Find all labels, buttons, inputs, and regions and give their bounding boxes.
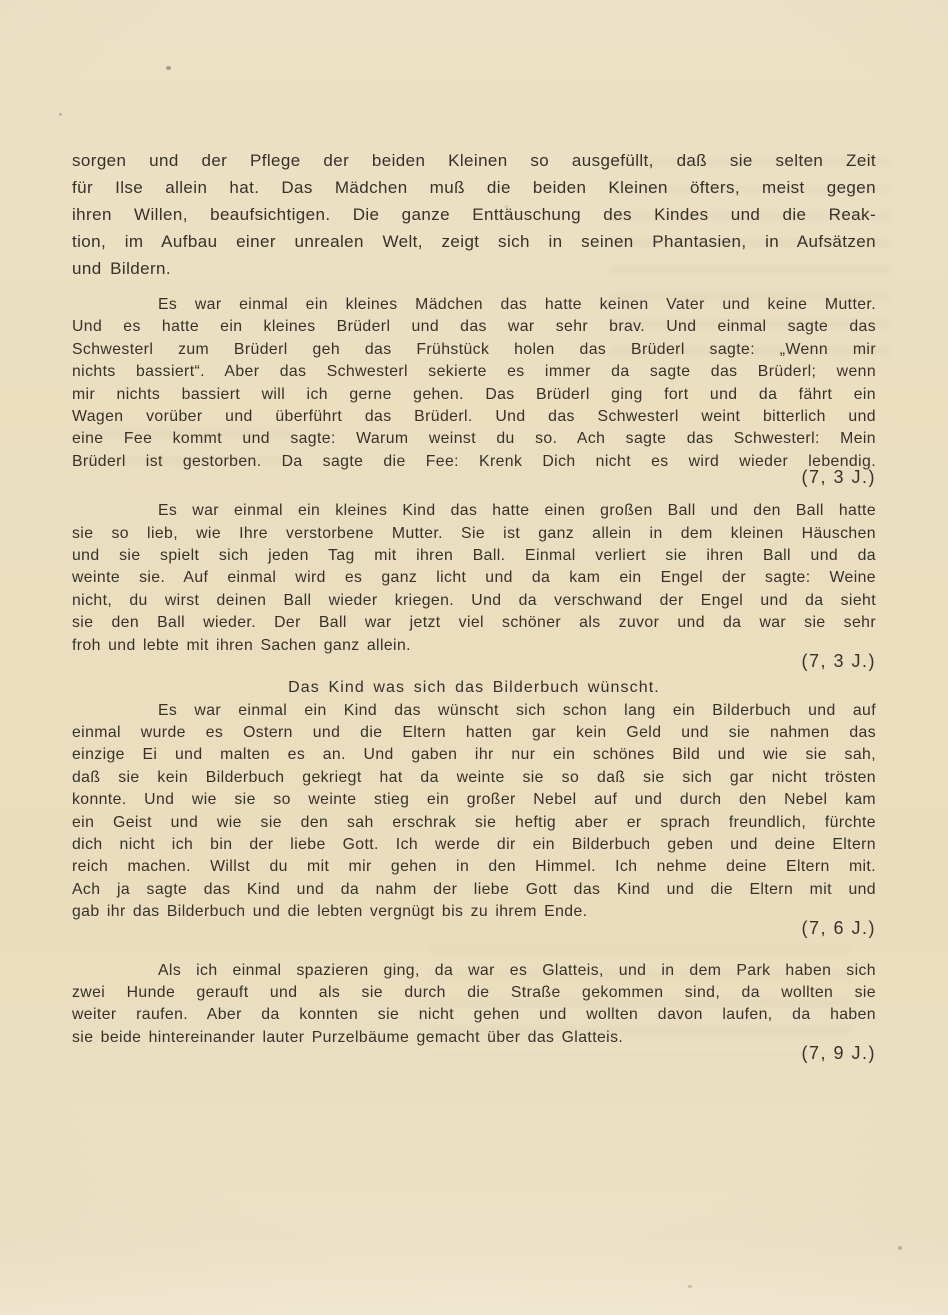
text-line: Schwesterl zum Brüderl geh das Frühstück… <box>72 339 876 361</box>
text-line: sie so lieb, wie Ihre verstorbene Mutter… <box>72 523 876 545</box>
text-column: sorgen und der Pflege der beiden Kleinen… <box>72 147 876 1063</box>
text-line: konnte. Und wie sie so weinte stieg ein … <box>72 789 876 811</box>
story-paragraph-2: Es war einmal ein kleines Kind das hatte… <box>72 500 876 657</box>
text-line: und Bildern. <box>72 255 876 282</box>
text-line: ihren Willen, beaufsichtigen. Die ganze … <box>72 201 876 228</box>
text-line: und sie spielt sich jeden Tag mit ihren … <box>72 545 876 567</box>
story-paragraph-1: Es war einmal ein kleines Mädchen das ha… <box>72 294 876 473</box>
text-line: reich machen. Willst du mit mir gehen in… <box>72 856 876 878</box>
paper-speck <box>166 66 171 70</box>
story-paragraph-4: Als ich einmal spazieren ging, da war es… <box>72 960 876 1050</box>
text-line: Wagen vorüber und überführt das Brüderl.… <box>72 406 876 428</box>
text-line: daß sie kein Bilderbuch gekriegt hat da … <box>72 767 876 789</box>
paper-speck <box>898 1246 902 1250</box>
text-line: nicht, du wirst deinen Ball wieder krieg… <box>72 590 876 612</box>
intro-paragraph: sorgen und der Pflege der beiden Kleinen… <box>72 147 876 282</box>
text-line: dich nicht ich bin der liebe Gott. Ich w… <box>72 834 876 856</box>
text-line: weinte sie. Auf einmal wird es ganz lich… <box>72 567 876 589</box>
text-line: ein Geist und wie sie den sah erschrak s… <box>72 812 876 834</box>
text-line: zwei Hunde gerauft und als sie durch die… <box>72 982 876 1004</box>
story-heading: Das Kind was sich das Bilderbuch wünscht… <box>72 677 876 699</box>
paper-speck <box>688 1285 692 1288</box>
text-line: Brüderl ist gestorben. Da sagte die Fee:… <box>72 451 876 473</box>
story-paragraph-3: Es war einmal ein Kind das wünscht sich … <box>72 700 876 924</box>
text-line: für Ilse allein hat. Das Mädchen muß die… <box>72 174 876 201</box>
text-line: eine Fee kommt und sagte: Warum weinst d… <box>72 428 876 450</box>
text-line: einmal wurde es Ostern und die Eltern ha… <box>72 722 876 744</box>
text-line: Es war einmal ein Kind das wünscht sich … <box>72 700 876 722</box>
text-line: Es war einmal ein kleines Mädchen das ha… <box>72 294 876 316</box>
text-line: nichts bassiert“. Aber das Schwesterl se… <box>72 361 876 383</box>
text-line: Es war einmal ein kleines Kind das hatte… <box>72 500 876 522</box>
text-line: einzige Ei und malten es an. Und gaben i… <box>72 744 876 766</box>
text-line: Und es hatte ein kleines Brüderl und das… <box>72 316 876 338</box>
text-line: mir nichts bassiert will ich gerne gehen… <box>72 384 876 406</box>
text-line: tion, im Aufbau einer unrealen Welt, zei… <box>72 228 876 255</box>
text-line: weiter raufen. Aber da konnten sie nicht… <box>72 1004 876 1026</box>
text-line: sie den Ball wieder. Der Ball war jetzt … <box>72 612 876 634</box>
scanned-page: sorgen und der Pflege der beiden Kleinen… <box>0 0 948 1315</box>
paper-speck <box>505 205 508 208</box>
paper-speck <box>59 113 62 116</box>
text-line: Ach ja sagte das Kind und da nahm der li… <box>72 879 876 901</box>
text-line: Als ich einmal spazieren ging, da war es… <box>72 960 876 982</box>
text-line: sorgen und der Pflege der beiden Kleinen… <box>72 147 876 174</box>
